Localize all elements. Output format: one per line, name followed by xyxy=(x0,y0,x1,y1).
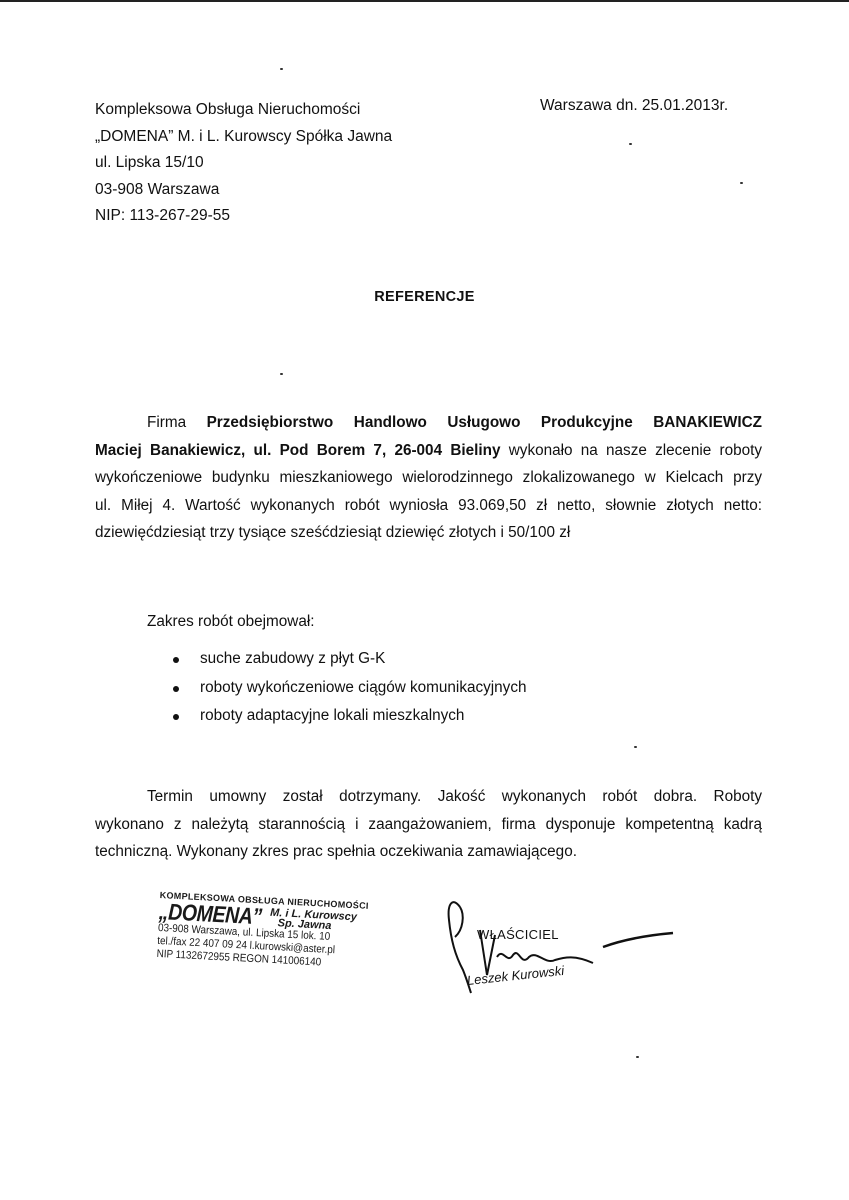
paragraph-text: wykonało na nasze zlecenie roboty xyxy=(509,442,762,459)
letter-date: Warszawa dn. 25.01.2013r. xyxy=(540,97,728,115)
scope-label: Zakres robót obejmował: xyxy=(147,613,315,631)
sender-line: NIP: 113-267-29-55 xyxy=(95,203,392,230)
scan-speck xyxy=(740,182,743,184)
assessment-paragraph: Termin umowny został dotrzymany. Jakość … xyxy=(95,783,762,866)
scan-top-edge xyxy=(0,0,849,2)
list-item-text: roboty wykończeniowe ciągów komunikacyjn… xyxy=(200,679,527,696)
list-item-text: roboty adaptacyjne lokali mieszkalnych xyxy=(200,707,464,724)
paragraph-line: Termin umowny został dotrzymany. Jakość … xyxy=(95,783,762,811)
paragraph-line: dziewięćdziesiąt trzy tysiące sześćdzies… xyxy=(95,519,762,547)
list-item: suche zabudowy z płyt G-K xyxy=(170,645,527,674)
list-item: roboty wykończeniowe ciągów komunikacyjn… xyxy=(170,674,527,703)
sender-line: ul. Lipska 15/10 xyxy=(95,150,392,177)
scan-speck xyxy=(280,373,283,375)
bullet-icon xyxy=(173,657,179,663)
company-stamp: KOMPLEKSOWA OBSŁUGA NIERUCHOMOŚCI „DOMEN… xyxy=(156,890,374,972)
reference-paragraph: Firma Przedsiębiorstwo Handlowo Usługowo… xyxy=(95,409,762,547)
scan-speck xyxy=(629,143,632,145)
list-item-text: suche zabudowy z płyt G-K xyxy=(200,650,385,667)
bullet-icon xyxy=(173,686,179,692)
handwritten-signature-icon xyxy=(425,895,685,995)
signature-block: WŁAŚCICIEL Leszek Kurowski xyxy=(425,895,685,995)
sender-address-block: Kompleksowa Obsługa Nieruchomości „DOMEN… xyxy=(95,97,392,230)
sender-line: Kompleksowa Obsługa Nieruchomości xyxy=(95,97,392,124)
paragraph-line: ul. Miłej 4. Wartość wykonanych robót wy… xyxy=(95,492,762,520)
list-item: roboty adaptacyjne lokali mieszkalnych xyxy=(170,702,527,731)
paragraph-line: wykończeniowe budynku mieszkaniowego wie… xyxy=(95,464,762,492)
scope-list: suche zabudowy z płyt G-K roboty wykończ… xyxy=(170,645,527,731)
paragraph-line: wykonano z należytą starannością i zaang… xyxy=(95,811,762,839)
lead-word: Firma xyxy=(147,414,186,431)
sender-line: „DOMENA” M. i L. Kurowscy Spółka Jawna xyxy=(95,124,392,151)
paragraph-line: techniczną. Wykonany zkres prac spełnia … xyxy=(95,838,762,866)
bullet-icon xyxy=(173,714,179,720)
scan-speck xyxy=(280,68,283,70)
company-name: Przedsiębiorstwo Handlowo Usługowo Produ… xyxy=(207,414,762,431)
paragraph-line: Maciej Banakiewicz, ul. Pod Borem 7, 26-… xyxy=(95,437,762,465)
scan-speck xyxy=(634,746,637,748)
paragraph-line: Firma Przedsiębiorstwo Handlowo Usługowo… xyxy=(95,409,762,437)
scan-speck xyxy=(636,1056,639,1058)
sender-line: 03-908 Warszawa xyxy=(95,177,392,204)
signatory-role: WŁAŚCICIEL xyxy=(477,927,559,942)
company-address: Maciej Banakiewicz, ul. Pod Borem 7, 26-… xyxy=(95,442,500,459)
document-title: REFERENCJE xyxy=(0,289,849,305)
